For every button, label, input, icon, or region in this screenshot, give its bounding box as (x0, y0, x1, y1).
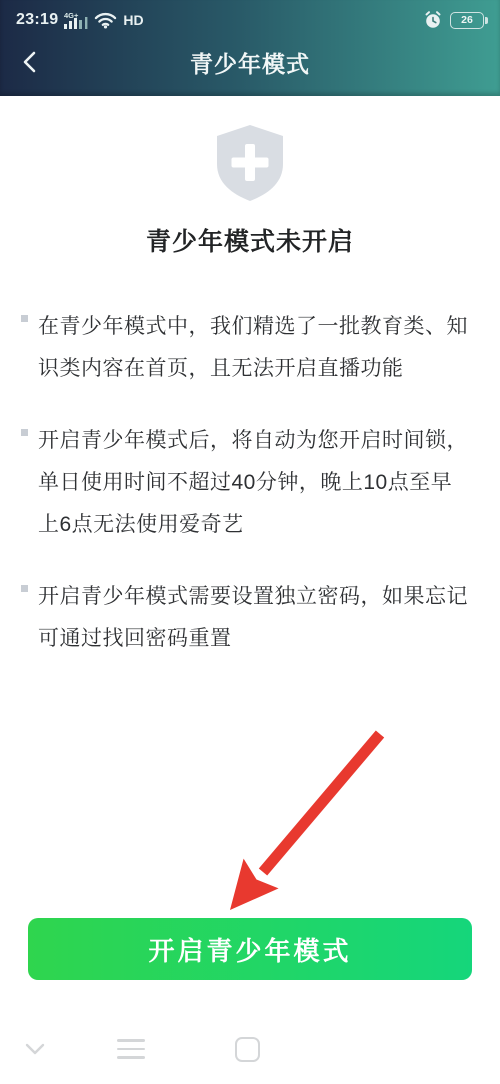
mode-status-heading: 青少年模式未开启 (0, 222, 500, 258)
enable-youth-mode-button[interactable]: 开启青少年模式 (28, 918, 472, 980)
hide-keyboard-button[interactable] (18, 1032, 52, 1066)
status-bar: 23:19 4G+ (0, 6, 500, 34)
description-item: 开启青少年模式后，将自动为您开启时间锁，单日使用时间不超过40分钟，晚上10点至… (38, 420, 468, 546)
description-text: 开启青少年模式后，将自动为您开启时间锁，单日使用时间不超过40分钟，晚上10点至… (38, 429, 468, 536)
battery-indicator: 26 (450, 12, 484, 29)
red-arrow-annotation-icon (205, 724, 395, 920)
cellular-signal-icon: 4G+ (64, 11, 88, 30)
wifi-icon (94, 11, 117, 29)
bullet-square-icon (21, 315, 28, 322)
description-text: 开启青少年模式需要设置独立密码，如果忘记可通过找回密码重置 (38, 585, 468, 650)
hamburger-menu-icon (117, 1039, 145, 1058)
recent-apps-square-icon (235, 1037, 260, 1062)
shield-plus-icon (213, 124, 287, 202)
recent-apps-button[interactable] (230, 1032, 264, 1066)
nav-bar: 青少年模式 (0, 34, 500, 94)
bullet-square-icon (21, 585, 28, 592)
alarm-clock-icon (423, 10, 443, 30)
youth-mode-screen: 23:19 4G+ (0, 0, 500, 1084)
description-item: 在青少年模式中，我们精选了一批教育类、知识类内容在首页，且无法开启直播功能 (38, 306, 468, 390)
description-item: 开启青少年模式需要设置独立密码，如果忘记可通过找回密码重置 (38, 576, 468, 660)
bullet-square-icon (21, 429, 28, 436)
app-header: 23:19 4G+ (0, 0, 500, 96)
page-title: 青少年模式 (0, 46, 500, 79)
battery-percent: 26 (461, 14, 473, 26)
mode-description-list: 在青少年模式中，我们精选了一批教育类、知识类内容在首页，且无法开启直播功能 开启… (38, 306, 468, 690)
description-text: 在青少年模式中，我们精选了一批教育类、知识类内容在首页，且无法开启直播功能 (38, 315, 468, 380)
hd-volte-indicator: HD (123, 12, 143, 28)
system-navigation-bar (0, 1008, 500, 1084)
clock-time: 23:19 (16, 11, 58, 29)
menu-button[interactable] (114, 1032, 148, 1066)
chevron-down-icon (22, 1041, 48, 1057)
